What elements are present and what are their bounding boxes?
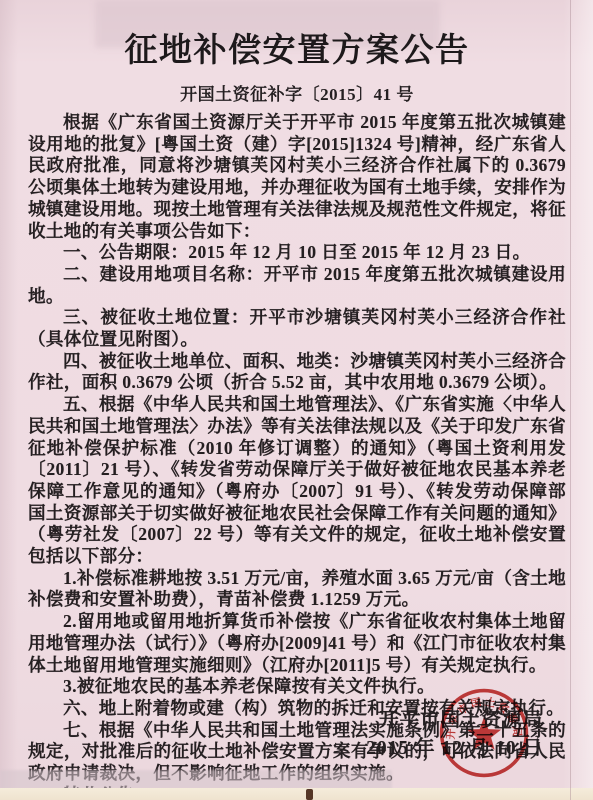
item-5-sub-2-reserved-land: 2.留用地或留用地折算货币补偿按《广东省征收农村集体土地留用地管理办法（试行）》…: [28, 611, 566, 676]
official-seal: 开平市国土资源局: [431, 680, 537, 786]
para-intro: 根据《广东省国土资源厅关于开平市 2015 年度第五批次城镇建设用地的批复》[粤…: [28, 112, 566, 242]
item-5-sub-1-compensation-standard: 1.补偿标准耕地按 3.51 万元/亩，养殖水面 3.65 万元/亩（含土地补偿…: [28, 568, 566, 611]
item-3-land-location: 三、被征收土地位置：开平市沙塘镇芙冈村芙小三经济合作社（具体位置见附图）。: [28, 307, 566, 350]
scanner-bed-strip: [0, 788, 593, 800]
document-title: 征地补偿安置方案公告: [28, 24, 566, 71]
scan-edge-line: [570, 0, 571, 800]
item-4-land-unit-area: 四、被征收土地单位、面积、地类：沙塘镇芙冈村芙小三经济合作社，面积 0.3679…: [28, 351, 566, 394]
seal-star-icon: [467, 717, 501, 750]
scan-shade-bottom-left: [0, 770, 392, 790]
item-5-compensation-basis: 五、根据《中华人民共和国土地管理法》、《广东省实施〈中华人民共和国土地管理法〉办…: [28, 394, 566, 568]
item-2-project-name: 二、建设用地项目名称：开平市 2015 年度第五批次城镇建设用地。: [28, 264, 566, 307]
announcement-page: 征地补偿安置方案公告 开国土资征补字〔2015〕41 号 根据《广东省国土资源厅…: [0, 0, 593, 800]
document-number: 开国土资征补字〔2015〕41 号: [28, 80, 566, 105]
scan-debris-mark: [306, 789, 313, 800]
item-1-notice-period: 一、公告期限：2015 年 12 月 10 日至 2015 年 12 月 23 …: [28, 242, 566, 264]
